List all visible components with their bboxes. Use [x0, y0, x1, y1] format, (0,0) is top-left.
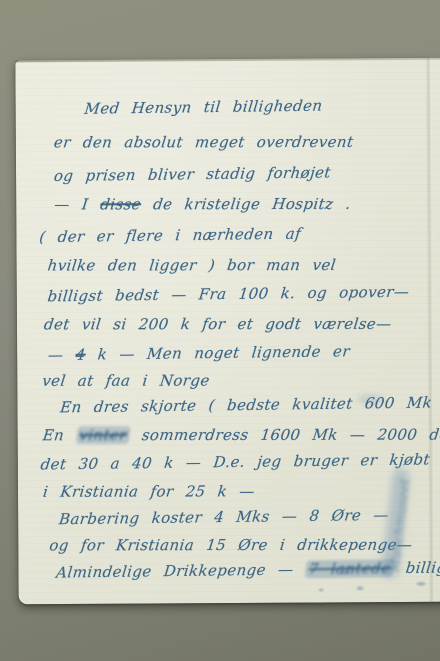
handwritten-line: Barbering koster 4 Mks — 8 Øre —: [58, 508, 389, 527]
handwritten-line: billigst bedst — Fra 100 k. og opover—: [47, 285, 410, 305]
handwritten-line: det 30 a 40 k — D.e. jeg bruger er kjøbt: [40, 452, 431, 472]
handwritten-line: er den absolut meget overdrevent: [53, 135, 354, 151]
handwritten-line: En vinter sommerdress 1600 Mk — 2000 der: [42, 428, 440, 444]
handwritten-line: hvilke den ligger ) bor man vel: [47, 258, 337, 274]
paper-top-edge: [15, 58, 440, 63]
handwritten-line: det vil si 200 k for et godt værelse—: [43, 317, 392, 333]
letter-page: Med Hensyn til billigheden er den absolu…: [15, 58, 440, 605]
handwritten-line: og prisen bliver stadig forhøjet: [53, 165, 332, 184]
ink-smudge: [417, 582, 426, 586]
handwritten-line: vel at faa i Norge: [41, 373, 210, 388]
handwritten-line: i Kristiania for 25 k —: [42, 484, 256, 499]
photo-background: Med Hensyn til billigheden er den absolu…: [0, 0, 440, 661]
ink-smudge: [319, 588, 324, 591]
handwritten-line: ( der er flere i nærheden af: [38, 227, 301, 245]
paper-crease: [425, 58, 434, 602]
handwritten-line: — I disse de kristelige Hospitz .: [53, 197, 351, 213]
ink-smudge: [340, 570, 350, 574]
handwritten-line: og for Kristiania 15 Øre i drikkepenge—: [49, 538, 414, 554]
handwritten-line: Med Hensyn til billigheden: [84, 99, 324, 117]
ink-smudge: [357, 586, 364, 590]
handwritten-line: — 4 k — Men noget lignende er: [47, 344, 351, 363]
